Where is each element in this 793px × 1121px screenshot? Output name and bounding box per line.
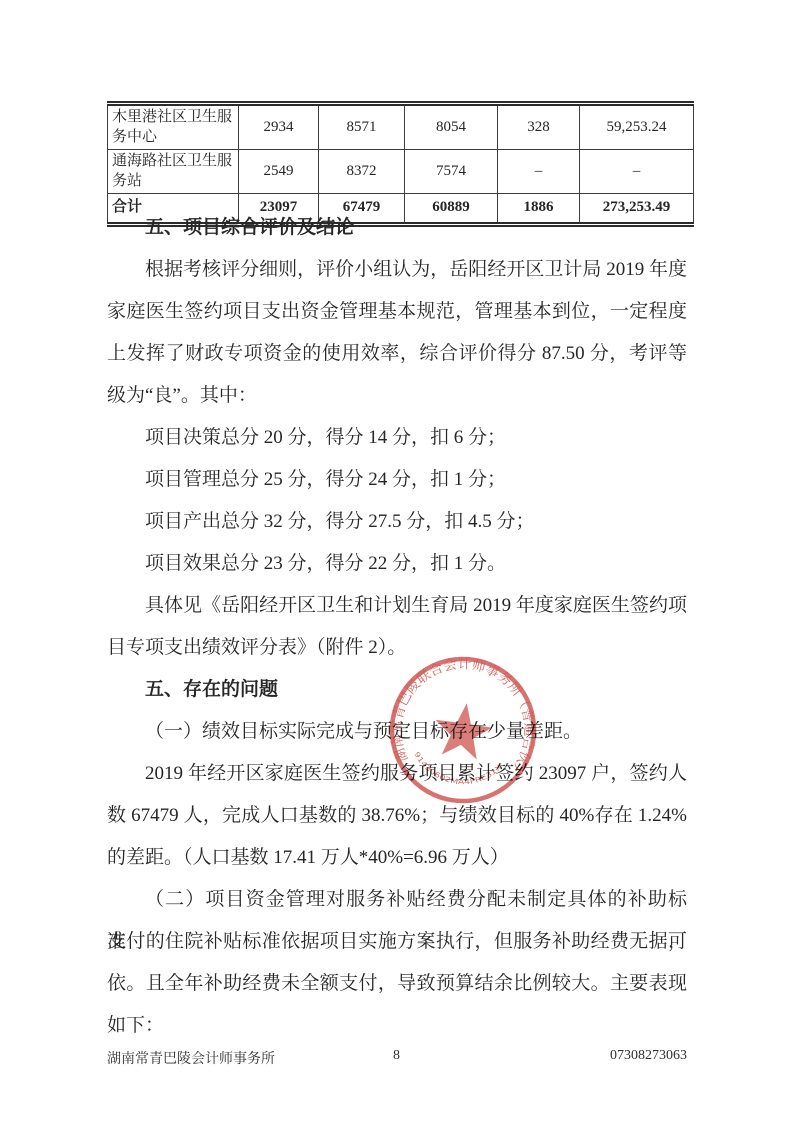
table-row: 通海路社区卫生服务站 2549 8372 7574 – – bbox=[108, 150, 694, 194]
value-cell: 8372 bbox=[319, 150, 405, 194]
value-cell: – bbox=[498, 150, 580, 194]
value-cell: 7574 bbox=[405, 150, 498, 194]
score-line: 项目决策总分 20 分，得分 14 分，扣 6 分； bbox=[107, 417, 687, 459]
score-line: 项目产出总分 32 分，得分 27.5 分，扣 4.5 分； bbox=[107, 501, 687, 543]
table-row: 木里港社区卫生服务中心 2934 8571 8054 328 59,253.24 bbox=[108, 104, 694, 150]
paragraph-line: 级为“良”。其中： bbox=[107, 375, 687, 417]
score-line: 项目管理总分 25 分，得分 24 分，扣 1 分； bbox=[107, 459, 687, 501]
paragraph-line: 上发挥了财政专项资金的使用效率，综合评价得分 87.50 分，考评等 bbox=[107, 333, 687, 375]
value-cell: 8054 bbox=[405, 104, 498, 150]
paragraph-line: （一）绩效目标实际完成与预定目标存在少量差距。 bbox=[107, 711, 687, 753]
value-cell: 8571 bbox=[319, 104, 405, 150]
page-footer: 湖南常青巴陵会计师事务所 8 07308273063 bbox=[0, 1048, 793, 1068]
paragraph-line: （二）项目资金管理对服务补贴经费分配未制定具体的补助标准， bbox=[107, 879, 687, 921]
paragraph-line: 的差距。（人口基数 17.41 万人*40%=6.96 万人） bbox=[107, 837, 687, 879]
value-cell: 2549 bbox=[239, 150, 319, 194]
footer-phone: 07308273063 bbox=[610, 1048, 687, 1064]
paragraph-line: 依。且全年补助经费未全额支付，导致预算结余比例较大。主要表现 bbox=[107, 963, 687, 1005]
org-name-cell: 通海路社区卫生服务站 bbox=[108, 150, 239, 194]
value-cell: – bbox=[580, 150, 694, 194]
paragraph-line: 具体见《岳阳经开区卫生和计划生育局 2019 年度家庭医生签约项 bbox=[107, 585, 687, 627]
paragraph-line: 目专项支出绩效评分表》（附件 2）。 bbox=[107, 627, 687, 669]
value-cell: 2934 bbox=[239, 104, 319, 150]
section-heading: 五、项目综合评价及结论 bbox=[107, 207, 687, 249]
score-line: 项目效果总分 23 分，得分 22 分，扣 1 分。 bbox=[107, 543, 687, 585]
paragraph-line: 家庭医生签约项目支出资金管理基本规范，管理基本到位，一定程度 bbox=[107, 291, 687, 333]
document-body: 五、项目综合评价及结论 根据考核评分细则，评价小组认为，岳阳经开区卫计局 201… bbox=[107, 207, 687, 1047]
paragraph-line: 支付的住院补贴标准依据项目实施方案执行，但服务补助经费无据可 bbox=[107, 921, 687, 963]
paragraph-line: 2019 年经开区家庭医生签约服务项目累计签约 23097 户，签约人 bbox=[107, 753, 687, 795]
value-cell: 59,253.24 bbox=[580, 104, 694, 150]
org-name-cell: 木里港社区卫生服务中心 bbox=[108, 104, 239, 150]
paragraph-line: 根据考核评分细则，评价小组认为，岳阳经开区卫计局 2019 年度 bbox=[107, 249, 687, 291]
section-heading: 五、存在的问题 bbox=[107, 669, 687, 711]
paragraph-line: 如下： bbox=[107, 1005, 687, 1047]
scanned-document-page: 木里港社区卫生服务中心 2934 8571 8054 328 59,253.24… bbox=[0, 0, 793, 1121]
paragraph-line: 数 67479 人，完成人口基数的 38.76%；与绩效目标的 40%存在 1.… bbox=[107, 795, 687, 837]
value-cell: 328 bbox=[498, 104, 580, 150]
